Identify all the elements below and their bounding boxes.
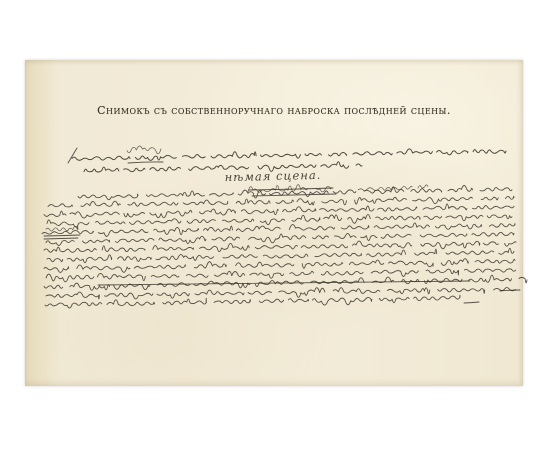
handwritten-scene-heading: нѣмая сцена.	[203, 167, 343, 184]
scanned-book-plate: Снимокъ съ собственноручнаго наброска по…	[0, 0, 550, 450]
photographed-manuscript-page: Снимокъ съ собственноручнаго наброска по…	[25, 60, 523, 386]
printed-caption: Снимокъ съ собственноручнаго наброска по…	[25, 104, 523, 117]
